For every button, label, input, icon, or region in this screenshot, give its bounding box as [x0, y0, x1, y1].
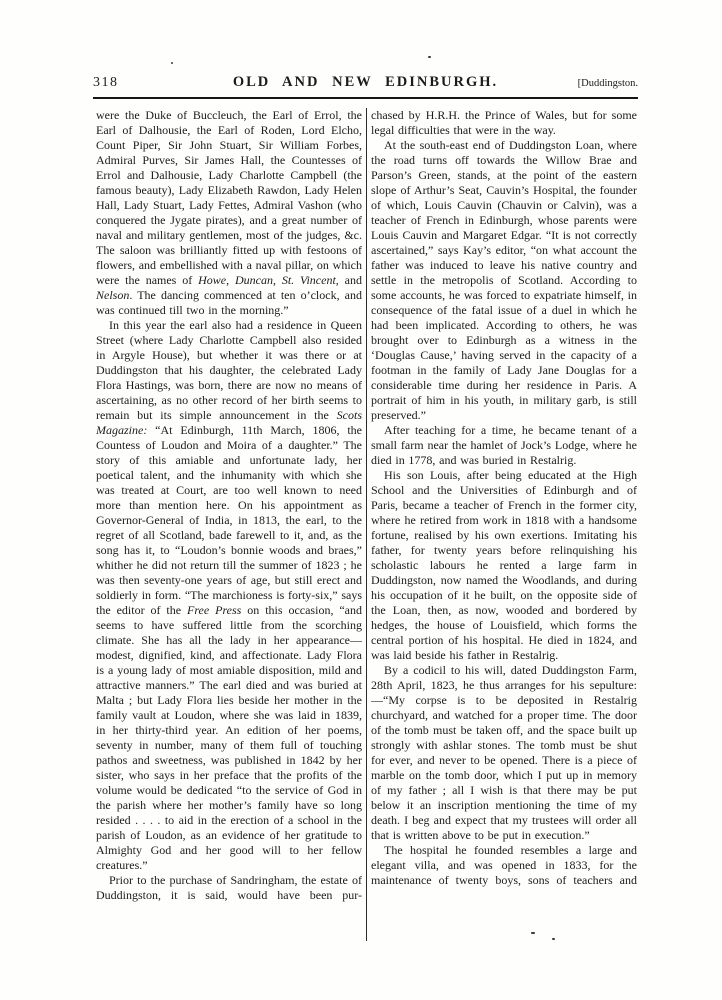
text-run: At the south-east end of Duddingston Loa…	[371, 138, 637, 422]
page-header: 318 OLD AND NEW EDINBURGH. [Duddingston.	[93, 74, 638, 96]
scan-speck	[428, 56, 431, 58]
paragraph: chased by H.R.H. the Prince of Wales, bu…	[371, 108, 637, 138]
paragraph: By a codicil to his will, dated Duddings…	[371, 663, 637, 843]
text-run: . The dancing commenced at ten o’clock, …	[96, 288, 362, 317]
column-gutter	[362, 108, 371, 941]
column-divider	[366, 108, 367, 941]
italic-text-run: Free Press	[187, 603, 241, 617]
running-title: OLD AND NEW EDINBURGH.	[183, 74, 548, 91]
scan-speck	[552, 938, 555, 940]
running-head-section: [Duddingston.	[548, 78, 638, 89]
italic-text-run: Duncan	[235, 273, 273, 287]
paragraph: were the Duke of Buccleuch, the Earl of …	[96, 108, 362, 318]
paragraph: At the south-east end of Duddingston Loa…	[371, 138, 637, 423]
paragraph: Prior to the purchase of Sandringham, th…	[96, 873, 362, 903]
scan-speck	[531, 932, 535, 934]
paragraph: His son Louis, after being educated at t…	[371, 468, 637, 663]
text-run: “At Edinburgh, 11th March, 1806, the Cou…	[96, 423, 362, 617]
scan-speck	[171, 62, 173, 64]
header-rule	[93, 97, 638, 99]
paragraph: In this year the earl also had a residen…	[96, 318, 362, 873]
text-block: were the Duke of Buccleuch, the Earl of …	[96, 108, 637, 941]
paragraph: After teaching for a time, he became ten…	[371, 423, 637, 468]
text-run: In this year the earl also had a residen…	[96, 318, 362, 422]
italic-text-run: Howe	[198, 273, 226, 287]
text-run: By a codicil to his will, dated Duddings…	[371, 663, 637, 842]
text-run: , and	[336, 273, 362, 287]
text-run: The hospital he founded resembles a larg…	[371, 843, 637, 887]
text-run: ,	[226, 273, 235, 287]
text-run: After teaching for a time, he became ten…	[371, 423, 637, 467]
book-page: 318 OLD AND NEW EDINBURGH. [Duddingston.…	[0, 0, 722, 1000]
italic-text-run: St. Vincent	[282, 273, 336, 287]
page-number: 318	[93, 75, 183, 91]
text-run: ,	[273, 273, 282, 287]
italic-text-run: Nelson	[96, 288, 129, 302]
paragraph: The hospital he founded resembles a larg…	[371, 843, 637, 888]
text-run: were the Duke of Buccleuch, the Earl of …	[96, 108, 362, 287]
left-column: were the Duke of Buccleuch, the Earl of …	[96, 108, 362, 941]
right-column: chased by H.R.H. the Prince of Wales, bu…	[371, 108, 637, 941]
text-run: chased by H.R.H. the Prince of Wales, bu…	[371, 108, 637, 137]
text-run: Prior to the purchase of Sandringham, th…	[96, 873, 362, 902]
text-run: on this occasion, “and seems to have suf…	[96, 603, 362, 872]
text-run: His son Louis, after being educated at t…	[371, 468, 637, 662]
